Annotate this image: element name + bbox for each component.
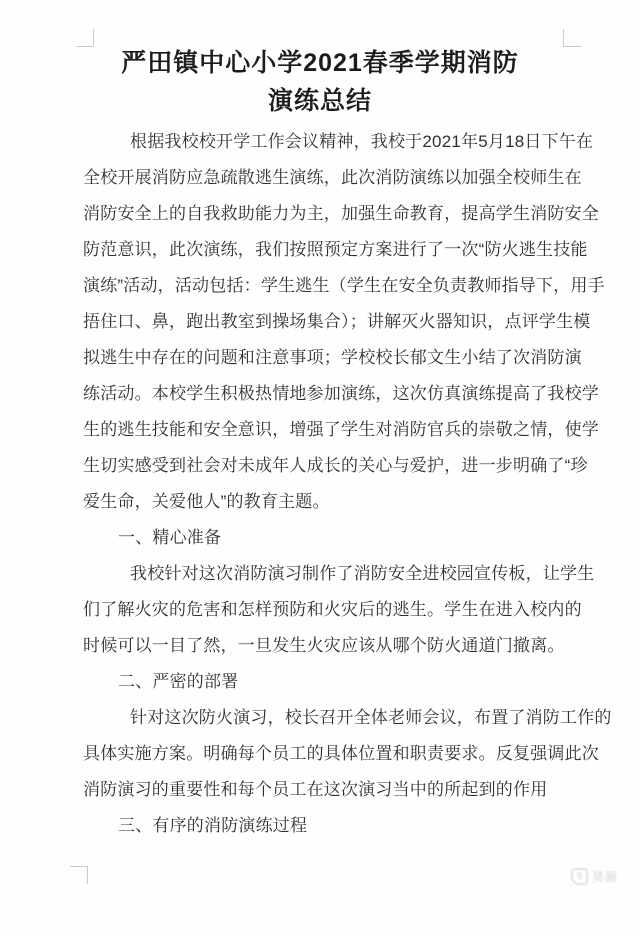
document-body: 根据我校校开学工作会议精神，我校于2021年5月18日下午在全校开展消防应急疏散… [83,124,573,844]
section-heading: 三、有序的消防演练过程 [83,808,573,844]
paragraph-line: 爱生命，关爱他人”的教育主题。 [83,484,573,520]
paragraph-line: 消防演习的重要性和每个员工在这次演习当中的所起到的作用 [83,772,573,808]
paragraph-line: 生的逃生技能和安全意识，增强了学生对消防官兵的崇敬之情，使学 [83,412,573,448]
section-heading: 二、严密的部署 [83,664,573,700]
section-heading: 一、精心准备 [83,520,573,556]
paragraph-line: 演练”活动，活动包括：学生逃生（学生在安全负责教师指导下，用手 [83,268,573,304]
watermark-text: 昊画 [592,868,618,885]
paragraph-line: 具体实施方案。明确每个员工的具体位置和职责要求。反复强调此次 [83,736,573,772]
paragraph-line: 拟逃生中存在的问题和注意事项；学校校长郁文生小结了次消防演 [83,340,573,376]
document-title-line-1: 严田镇中心小学2021春季学期消防 [0,44,640,82]
paragraph-line: 生切实感受到社会对未成年人成长的关心与爱护，进一步明确了“珍 [83,448,573,484]
watermark: 5 昊画 [571,868,618,885]
document-title: 严田镇中心小学2021春季学期消防 演练总结 [0,44,640,120]
paragraph-line: 根据我校校开学工作会议精神，我校于2021年5月18日下午在 [83,124,573,160]
paragraph-line: 练活动。本校学生积极热情地参加演练，这次仿真演练提高了我校学 [83,376,573,412]
paragraph-line: 针对这次防火演习，校长召开全体老师会议，布置了消防工作的 [83,700,573,736]
margin-corner-mark-bottom-left [70,866,88,884]
watermark-logo-icon: 5 [571,868,588,885]
document-title-line-2: 演练总结 [0,82,640,120]
document-page: 严田镇中心小学2021春季学期消防 演练总结 根据我校校开学工作会议精神，我校于… [0,0,640,938]
paragraph-line: 全校开展消防应急疏散逃生演练，此次消防演练以加强全校师生在 [83,160,573,196]
paragraph-line: 时候可以一目了然，一旦发生火灾应该从哪个防火通道门撤离。 [83,628,573,664]
paragraph-line: 防范意识，此次演练，我们按照预定方案进行了一次“防火逃生技能 [83,232,573,268]
paragraph-line: 消防安全上的自我救助能力为主，加强生命教育，提高学生消防安全 [83,196,573,232]
paragraph-line: 捂住口、鼻，跑出教室到操场集合）；讲解灭火器知识，点评学生模 [83,304,573,340]
paragraph-line: 们了解火灾的危害和怎样预防和火灾后的逃生。学生在进入校内的 [83,592,573,628]
paragraph-line: 我校针对这次消防演习制作了消防安全进校园宣传板，让学生 [83,556,573,592]
